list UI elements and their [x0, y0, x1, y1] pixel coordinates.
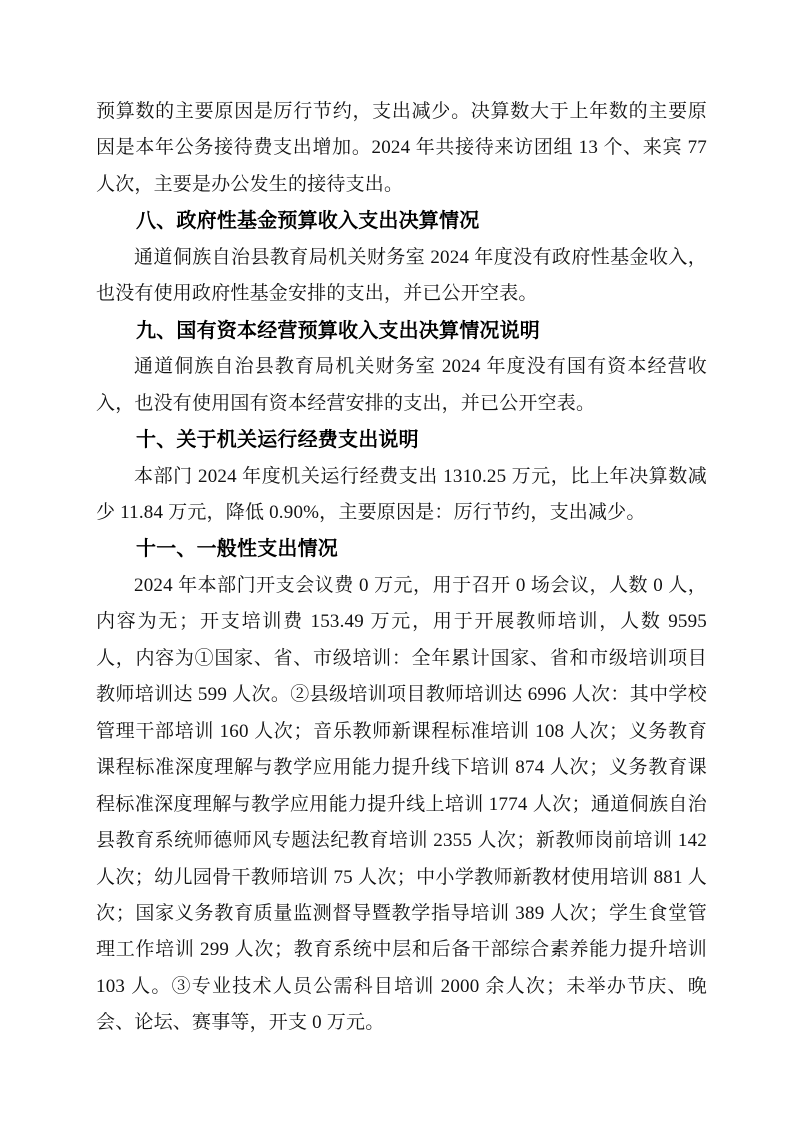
document-page: 预算数的主要原因是厉行节约，支出减少。决算数大于上年数的主要原因是本年公务接待费…	[0, 0, 793, 1122]
section-paragraph-state-capital-budget: 通道侗族自治县教育局机关财务室 2024 年度没有国有资本经营收入，也没有使用国…	[96, 349, 707, 422]
document-body: 预算数的主要原因是厉行节约，支出减少。决算数大于上年数的主要原因是本年公务接待费…	[96, 94, 707, 1042]
section-heading-general-expenditure: 十一、一般性支出情况	[96, 531, 707, 567]
section-heading-state-capital-budget: 九、国有资本经营预算收入支出决算情况说明	[96, 313, 707, 349]
section-paragraph-general-expenditure: 2024 年本部门开支会议费 0 万元，用于召开 0 场会议，人数 0 人，内容…	[96, 568, 707, 1042]
section-heading-operating-expense: 十、关于机关运行经费支出说明	[96, 422, 707, 458]
section-paragraph-operating-expense: 本部门 2024 年度机关运行经费支出 1310.25 万元，比上年决算数减少 …	[96, 459, 707, 532]
continued-paragraph: 预算数的主要原因是厉行节约，支出减少。决算数大于上年数的主要原因是本年公务接待费…	[96, 94, 707, 203]
section-paragraph-govt-fund-budget: 通道侗族自治县教育局机关财务室 2024 年度没有政府性基金收入，也没有使用政府…	[96, 240, 707, 313]
section-heading-govt-fund-budget: 八、政府性基金预算收入支出决算情况	[96, 203, 707, 239]
